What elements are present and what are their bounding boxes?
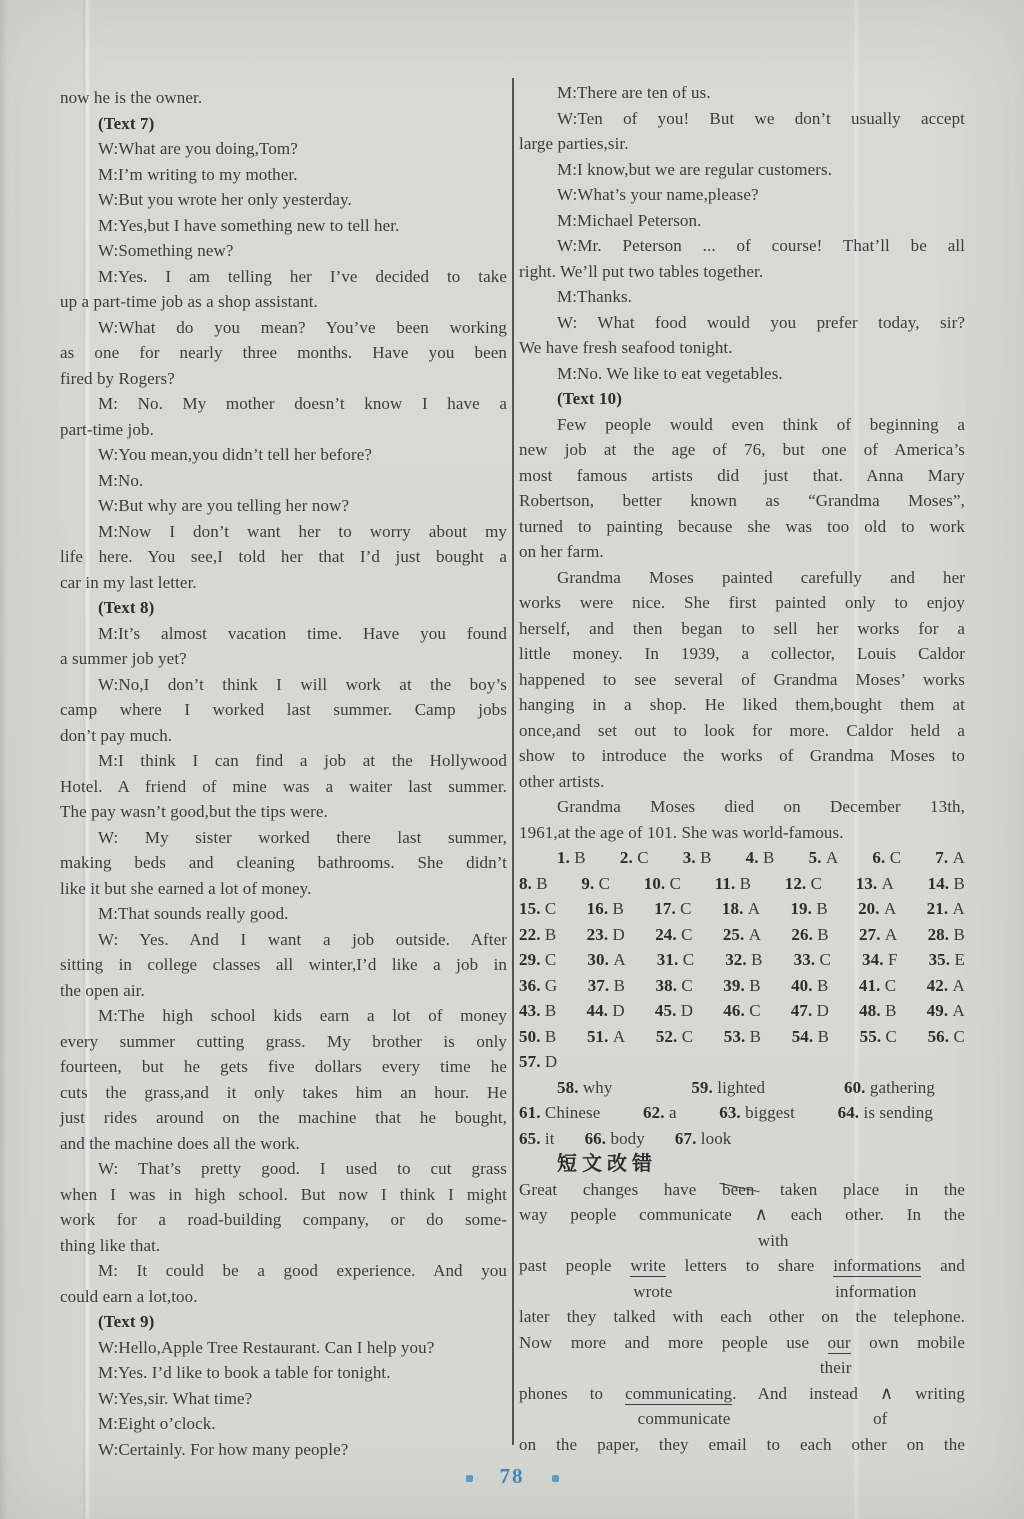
script-line: on the paper, they email to each other o…: [519, 1432, 965, 1458]
answer-number: 23.: [587, 925, 609, 944]
answer-number: 65.: [519, 1129, 541, 1148]
answer-value: A: [948, 1001, 965, 1020]
script-line: M: It could be a good experience. And yo…: [60, 1258, 507, 1284]
script-line: W:What are you doing,Tom?: [60, 136, 507, 162]
script-line: the open air.: [60, 978, 507, 1004]
answer-cell: 50. B: [519, 1024, 556, 1050]
answer-number: 56.: [928, 1027, 950, 1046]
correction-line: way people communicate ∧ each other. In …: [519, 1202, 965, 1228]
answer-cell: 36. G: [519, 973, 557, 999]
book-page: now he is the owner.(Text 7)W:What are y…: [0, 0, 1024, 1519]
blank-answer-row: 61. Chinese62. a63. biggest64. is sendin…: [519, 1100, 965, 1126]
answer-number: 63.: [719, 1103, 741, 1122]
script-line: W: Yes. And I want a job outside. After: [60, 927, 507, 953]
answer-value: B: [813, 976, 829, 995]
answer-number: 14.: [928, 874, 950, 893]
correction-word: information: [835, 1279, 916, 1305]
answer-row: 15. C16. B17. C18. A19. B20. A21. A: [519, 896, 965, 922]
answer-number: 37.: [588, 976, 610, 995]
answer-number: 45.: [655, 1001, 677, 1020]
answer-cell: 23. D: [587, 922, 625, 948]
answer-number: 11.: [715, 874, 736, 893]
word: way people communicate: [519, 1205, 755, 1224]
answer-number: 31.: [657, 950, 679, 969]
script-line: W: My sister worked there last summer,: [60, 825, 507, 851]
script-line: right. We’ll put two tables together.: [519, 259, 965, 285]
answer-value: B: [745, 1027, 761, 1046]
answer-value: C: [677, 925, 693, 944]
text-heading: (Text 8): [60, 595, 507, 621]
script-line: most famous artists did just that. Anna …: [519, 463, 965, 489]
answer-number: 57.: [519, 1052, 541, 1071]
answer-number: 22.: [519, 925, 541, 944]
script-line: M:Michael Peterson.: [519, 208, 965, 234]
answer-value: B: [949, 925, 965, 944]
answer-number: 30.: [587, 950, 609, 969]
script-line: on her farm.: [519, 539, 965, 565]
answer-number: 40.: [791, 976, 813, 995]
answer-number: 39.: [723, 976, 745, 995]
script-line: life here. You see,I told her that I’d j…: [60, 544, 507, 570]
answer-value: it: [541, 1129, 555, 1148]
correction-annotation: communicateof: [519, 1406, 965, 1432]
text-heading: (Text 9): [60, 1309, 507, 1335]
answer-cell: 65. it: [519, 1126, 555, 1152]
script-line: just rides around on the machine that he…: [60, 1105, 507, 1131]
answer-number: 13.: [856, 874, 878, 893]
script-line: could earn a lot,too.: [60, 1284, 507, 1310]
answer-row: 29. C30. A31. C32. B33. C34. F35. E: [519, 947, 965, 973]
answer-cell: 14. B: [928, 871, 965, 897]
caret-mark-icon: ∧: [880, 1383, 893, 1404]
correction-word: their: [820, 1355, 852, 1381]
script-line: M:Now I don’t want her to worry about my: [60, 519, 507, 545]
answer-cell: 32. B: [725, 947, 762, 973]
script-line: M:Eight o’clock.: [60, 1411, 507, 1437]
script-line: M:There are ten of us.: [519, 80, 965, 106]
script-line: M:I’m writing to my mother.: [60, 162, 507, 188]
underlined-word: informations: [833, 1256, 921, 1277]
answer-number: 33.: [794, 950, 816, 969]
answer-number: 36.: [519, 976, 541, 995]
right-column: M:There are ten of us.W:Ten of you! But …: [519, 80, 965, 1457]
script-line: Hotel. A friend of mine was a waiter las…: [60, 774, 507, 800]
answer-cell: 12. C: [785, 871, 822, 897]
script-line: W:Something new?: [60, 238, 507, 264]
blank-answer-row: 58. why59. lighted60. gathering: [519, 1075, 965, 1101]
answer-cell: 1. B: [557, 845, 586, 871]
answer-number: 48.: [859, 1001, 881, 1020]
answer-value: G: [541, 976, 558, 995]
answer-cell: 3. B: [683, 845, 712, 871]
script-line: fired by Rogers?: [60, 366, 507, 392]
answer-number: 34.: [862, 950, 884, 969]
answer-row: 1. B2. C3. B4. B5. A6. C7. A: [519, 845, 965, 871]
answer-value: A: [822, 848, 839, 867]
script-line: works were nice. She first painted only …: [519, 590, 965, 616]
answer-value: C: [541, 899, 557, 918]
word: past people: [519, 1256, 630, 1275]
script-line: W:What’s your name,please?: [519, 182, 965, 208]
answer-number: 4.: [746, 848, 759, 867]
script-line: Grandma Moses painted carefully and her: [519, 565, 965, 591]
correction-annotation: wroteinformation: [519, 1279, 965, 1305]
answer-value: C: [949, 1027, 965, 1046]
correction-annotation: with: [519, 1228, 965, 1254]
answer-value: C: [594, 874, 610, 893]
word: writing: [893, 1384, 965, 1403]
script-line: up a part-time job as a shop assistant.: [60, 289, 507, 315]
answer-number: 3.: [683, 848, 696, 867]
script-line: and the machine does all the work.: [60, 1131, 507, 1157]
script-line: W: That’s pretty good. I used to cut gra…: [60, 1156, 507, 1182]
answer-cell: 37. B: [588, 973, 625, 999]
script-line: M:Yes,but I have something new to tell h…: [60, 213, 507, 239]
answer-value: C: [678, 950, 694, 969]
answer-value: body: [606, 1129, 645, 1148]
script-line: We have fresh seafood tonight.: [519, 335, 965, 361]
answer-value: B: [745, 976, 761, 995]
answer-value: Chinese: [541, 1103, 601, 1122]
answer-cell: 51. A: [587, 1024, 625, 1050]
answer-cell: 39. B: [723, 973, 760, 999]
answer-value: C: [676, 899, 692, 918]
answer-cell: 22. B: [519, 922, 556, 948]
answer-number: 21.: [927, 899, 949, 918]
answer-number: 61.: [519, 1103, 541, 1122]
answer-cell: 34. F: [862, 947, 897, 973]
answer-value: B: [747, 950, 763, 969]
answer-value: biggest: [741, 1103, 795, 1122]
answer-number: 50.: [519, 1027, 541, 1046]
answer-number: 8.: [519, 874, 532, 893]
answer-cell: 57. D: [519, 1049, 557, 1075]
answer-number: 51.: [587, 1027, 609, 1046]
answer-cell: 61. Chinese: [519, 1100, 600, 1126]
answer-number: 58.: [557, 1078, 579, 1097]
answer-number: 19.: [790, 899, 812, 918]
answer-cell: 15. C: [519, 896, 556, 922]
script-line: don’t pay much.: [60, 723, 507, 749]
answer-cell: 16. B: [587, 896, 624, 922]
answer-cell: 19. B: [790, 896, 827, 922]
struck-word: been: [722, 1180, 755, 1199]
correction-word: wrote: [633, 1279, 672, 1305]
script-line: when I was in high school. But now I thi…: [60, 1182, 507, 1208]
script-line: W:Certainly. For how many people?: [60, 1437, 507, 1463]
correction-word: of: [873, 1406, 887, 1432]
answer-number: 2.: [620, 848, 633, 867]
answer-cell: 25. A: [723, 922, 761, 948]
script-line: large parties,sir.: [519, 131, 965, 157]
answer-value: B: [541, 1027, 557, 1046]
script-line: Robertson, better known as “Grandma Mose…: [519, 488, 965, 514]
script-line: herself, and then began to sell her work…: [519, 616, 965, 642]
answer-row: 8. B9. C10. C11. B12. C13. A14. B: [519, 871, 965, 897]
correction-line: Great changes have been taken place in t…: [519, 1177, 965, 1203]
answer-number: 43.: [519, 1001, 541, 1020]
answer-cell: 58. why: [557, 1075, 613, 1101]
script-line: every summer cutting grass. My brother i…: [60, 1029, 507, 1055]
script-line: M:No.: [60, 468, 507, 494]
answer-number: 66.: [585, 1129, 607, 1148]
answer-cell: 17. C: [654, 896, 691, 922]
answer-number: 1.: [557, 848, 570, 867]
script-line: M:It’s almost vacation time. Have you fo…: [60, 621, 507, 647]
script-line: M:That sounds really good.: [60, 901, 507, 927]
left-column: now he is the owner.(Text 7)W:What are y…: [60, 85, 507, 1462]
answer-number: 62.: [643, 1103, 665, 1122]
answer-value: D: [812, 1001, 829, 1020]
answer-cell: 52. C: [656, 1024, 693, 1050]
answer-cell: 8. B: [519, 871, 548, 897]
answer-number: 29.: [519, 950, 541, 969]
answer-cell: 27. A: [859, 922, 897, 948]
answer-number: 41.: [859, 976, 881, 995]
answer-number: 47.: [791, 1001, 813, 1020]
answer-value: B: [813, 1027, 829, 1046]
correction-line: past people write letters to share infor…: [519, 1253, 965, 1279]
answer-value: is sending: [859, 1103, 933, 1122]
answer-row: 57. D: [519, 1049, 965, 1075]
word: own mobile: [851, 1333, 965, 1352]
answer-value: A: [948, 848, 965, 867]
answer-cell: 24. C: [655, 922, 692, 948]
answer-row: 50. B51. A52. C53. B54. B55. C56. C: [519, 1024, 965, 1050]
answer-number: 17.: [654, 899, 676, 918]
underlined-word: communicating: [625, 1384, 732, 1405]
footer-dot-right-icon: [552, 1475, 559, 1482]
answer-cell: 44. D: [586, 998, 624, 1024]
script-line: M:Yes. I’d like to book a table for toni…: [60, 1360, 507, 1386]
blank-answer-row: 65. it66. body67. look: [519, 1126, 965, 1152]
answer-cell: 46. C: [723, 998, 760, 1024]
script-line: part-time job.: [60, 417, 507, 443]
script-line: other artists.: [519, 769, 965, 795]
answer-cell: 59. lighted: [691, 1075, 765, 1101]
answer-number: 53.: [724, 1027, 746, 1046]
word: phones to: [519, 1384, 625, 1403]
script-line: Grandma Moses died on December 13th,: [519, 794, 965, 820]
word: letters to share: [666, 1256, 833, 1275]
answer-number: 24.: [655, 925, 677, 944]
answer-cell: 33. C: [794, 947, 831, 973]
answer-value: a: [665, 1103, 677, 1122]
answer-cell: 45. D: [655, 998, 693, 1024]
answer-value: A: [948, 899, 965, 918]
answer-value: C: [745, 1001, 761, 1020]
answer-cell: 20. A: [858, 896, 896, 922]
script-line: W:But you wrote her only yesterday.: [60, 187, 507, 213]
text-heading: (Text 10): [519, 386, 965, 412]
answer-cell: 60. gathering: [844, 1075, 935, 1101]
correction-annotation: their: [519, 1355, 965, 1381]
script-line: thing like that.: [60, 1233, 507, 1259]
script-line: little money. In 1939, a collector, Loui…: [519, 641, 965, 667]
answer-cell: 18. A: [722, 896, 760, 922]
script-line: W:You mean,you didn’t tell her before?: [60, 442, 507, 468]
script-line: like it but she earned a lot of money.: [60, 876, 507, 902]
answer-cell: 67. look: [675, 1126, 732, 1152]
script-line: M: No. My mother doesn’t know I have a: [60, 391, 507, 417]
answer-value: B: [735, 874, 751, 893]
answer-value: C: [815, 950, 831, 969]
answer-cell: 29. C: [519, 947, 556, 973]
word: and: [921, 1256, 965, 1275]
cn-section-heading: 短文改错: [519, 1151, 965, 1177]
answer-value: C: [881, 1027, 897, 1046]
answer-number: 26.: [791, 925, 813, 944]
answer-number: 9.: [581, 874, 594, 893]
correction-line: phones to communicating. And instead ∧ w…: [519, 1381, 965, 1407]
word: taken place in the: [754, 1180, 965, 1199]
script-line: M:I know,but we are regular customers.: [519, 157, 965, 183]
answer-value: C: [880, 976, 896, 995]
answer-cell: 66. body: [585, 1126, 645, 1152]
word: each other. In the: [768, 1205, 965, 1224]
answer-number: 59.: [691, 1078, 713, 1097]
answer-value: A: [877, 874, 894, 893]
correction-word: communicate: [638, 1406, 731, 1432]
answer-value: B: [812, 899, 828, 918]
script-line: show to introduce the works of Grandma M…: [519, 743, 965, 769]
answer-number: 28.: [928, 925, 950, 944]
answer-cell: 11. B: [715, 871, 751, 897]
answer-cell: 53. B: [724, 1024, 761, 1050]
script-line: W: What food would you prefer today, sir…: [519, 310, 965, 336]
answer-value: B: [696, 848, 712, 867]
answer-number: 12.: [785, 874, 807, 893]
script-line: cuts the grass,and it only takes him an …: [60, 1080, 507, 1106]
answer-number: 10.: [644, 874, 666, 893]
script-line: W:Mr. Peterson ... of course! That’ll be…: [519, 233, 965, 259]
word: . And instead: [732, 1384, 880, 1403]
answer-number: 54.: [792, 1027, 814, 1046]
answer-value: B: [949, 874, 965, 893]
answer-cell: 35. E: [929, 947, 965, 973]
answer-value: C: [633, 848, 649, 867]
answer-number: 46.: [723, 1001, 745, 1020]
answer-value: B: [881, 1001, 897, 1020]
answer-cell: 41. C: [859, 973, 896, 999]
answer-value: A: [880, 899, 897, 918]
answer-value: D: [676, 1001, 693, 1020]
answer-cell: 2. C: [620, 845, 649, 871]
script-line: making beds and cleaning bathrooms. She …: [60, 850, 507, 876]
answer-number: 44.: [586, 1001, 608, 1020]
answer-cell: 26. B: [791, 922, 828, 948]
script-line: W:Yes,sir. What time?: [60, 1386, 507, 1412]
answer-number: 67.: [675, 1129, 697, 1148]
answer-value: F: [884, 950, 898, 969]
script-line: M:The high school kids earn a lot of mon…: [60, 1003, 507, 1029]
answer-number: 42.: [927, 976, 949, 995]
answer-cell: 38. C: [656, 973, 693, 999]
answer-value: lighted: [713, 1078, 765, 1097]
answer-value: C: [677, 1027, 693, 1046]
script-line: once,and set out to look for more. Caldo…: [519, 718, 965, 744]
script-line: W:What do you mean? You’ve been working: [60, 315, 507, 341]
answer-value: B: [813, 925, 829, 944]
answer-value: A: [609, 1027, 626, 1046]
page-footer: 78: [0, 1464, 1024, 1489]
script-line: now he is the owner.: [60, 85, 507, 111]
script-line: fourteen, but he gets five dollars every…: [60, 1054, 507, 1080]
answer-cell: 48. B: [859, 998, 896, 1024]
correction-line: Now more and more people use our own mob…: [519, 1330, 965, 1356]
script-line: camp where I worked last summer. Camp jo…: [60, 697, 507, 723]
answer-cell: 13. A: [856, 871, 894, 897]
answer-cell: 6. C: [872, 845, 901, 871]
answer-cell: 10. C: [644, 871, 681, 897]
script-line: work for a road-building company, or do …: [60, 1207, 507, 1233]
answer-value: C: [806, 874, 822, 893]
script-line: happened to see several of Grandma Moses…: [519, 667, 965, 693]
script-line: M:I think I can find a job at the Hollyw…: [60, 748, 507, 774]
script-line: sitting in college classes all winter,I’…: [60, 952, 507, 978]
script-line: Few people would even think of beginning…: [519, 412, 965, 438]
script-line: The pay wasn’t good,but the tips were.: [60, 799, 507, 825]
answer-number: 35.: [929, 950, 951, 969]
answer-value: C: [677, 976, 693, 995]
answer-value: look: [696, 1129, 731, 1148]
answer-number: 52.: [656, 1027, 678, 1046]
answer-value: B: [570, 848, 586, 867]
answer-value: A: [743, 899, 760, 918]
underlined-word: our: [828, 1333, 851, 1354]
answer-number: 18.: [722, 899, 744, 918]
answer-row: 43. B44. D45. D46. C47. D48. B49. A: [519, 998, 965, 1024]
script-line: W:But why are you telling her now?: [60, 493, 507, 519]
answer-cell: 21. A: [927, 896, 965, 922]
answer-cell: 47. D: [791, 998, 829, 1024]
answer-cell: 49. A: [927, 998, 965, 1024]
answer-value: A: [948, 976, 965, 995]
script-line: W:No,I don’t think I will work at the bo…: [60, 672, 507, 698]
text-heading: (Text 7): [60, 111, 507, 137]
answer-cell: 9. C: [581, 871, 610, 897]
answer-cell: 63. biggest: [719, 1100, 795, 1126]
answer-cell: 7. A: [935, 845, 965, 871]
answer-value: C: [885, 848, 901, 867]
script-line: hanging in a shop. He liked them,bought …: [519, 692, 965, 718]
script-line: M:Yes. I am telling her I’ve decided to …: [60, 264, 507, 290]
answer-value: B: [609, 976, 625, 995]
answer-value: B: [532, 874, 548, 893]
script-line: later they talked with each other on the…: [519, 1304, 965, 1330]
answer-value: B: [541, 925, 557, 944]
answer-number: 15.: [519, 899, 541, 918]
answer-number: 25.: [723, 925, 745, 944]
answer-value: A: [881, 925, 898, 944]
answer-cell: 4. B: [746, 845, 775, 871]
caret-mark-icon: ∧: [755, 1204, 768, 1225]
answer-cell: 62. a: [643, 1100, 677, 1126]
answer-value: B: [541, 1001, 557, 1020]
answer-number: 49.: [927, 1001, 949, 1020]
script-line: car in my last letter.: [60, 570, 507, 596]
answer-number: 32.: [725, 950, 747, 969]
answer-number: 27.: [859, 925, 881, 944]
script-line: a summer job yet?: [60, 646, 507, 672]
answer-number: 20.: [858, 899, 880, 918]
answer-number: 16.: [587, 899, 609, 918]
answer-value: gathering: [866, 1078, 935, 1097]
script-line: M:No. We like to eat vegetables.: [519, 361, 965, 387]
answer-cell: 31. C: [657, 947, 694, 973]
answer-cell: 64. is sending: [838, 1100, 933, 1126]
answer-value: D: [608, 925, 625, 944]
